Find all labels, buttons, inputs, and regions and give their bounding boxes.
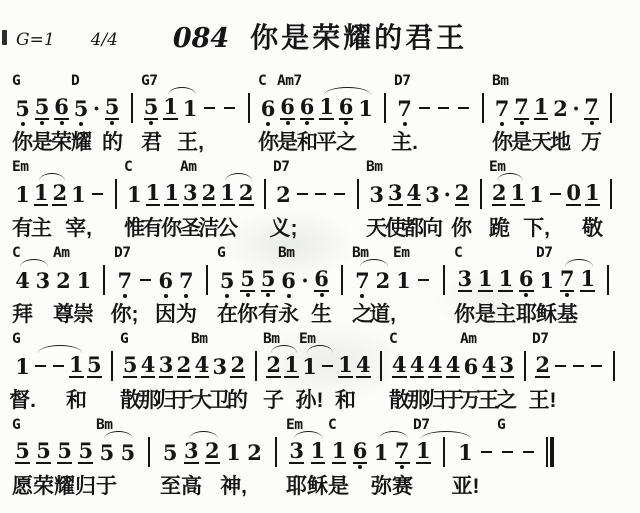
note-token: 6 bbox=[462, 348, 479, 384]
note-token: 1 bbox=[509, 176, 526, 212]
note-digit: 7 bbox=[495, 98, 510, 119]
lyric-syllable: 有 bbox=[142, 212, 163, 242]
barline bbox=[350, 176, 367, 212]
lyric-syllable: 拜 bbox=[12, 298, 33, 328]
chord-label: Bm bbox=[96, 417, 112, 433]
sustain-dash bbox=[89, 176, 106, 212]
lyric-syllable: 君 bbox=[141, 126, 162, 156]
sustain-dash bbox=[588, 348, 605, 384]
chord-label: D7 bbox=[536, 245, 552, 261]
barline-stroke bbox=[380, 351, 382, 381]
note-token: 5 bbox=[122, 348, 139, 384]
barline-stroke bbox=[610, 93, 612, 123]
note-digit: 2 bbox=[553, 98, 568, 119]
note-token: 3 bbox=[424, 176, 441, 212]
note-token: 1 bbox=[309, 434, 326, 470]
note-token: 0 bbox=[565, 176, 582, 212]
lyric-syllable: 和 bbox=[66, 384, 87, 414]
barline bbox=[107, 176, 124, 212]
note-digit: 5 bbox=[15, 440, 30, 464]
note-token: 3 bbox=[456, 262, 473, 298]
note-token: 5 bbox=[34, 90, 51, 126]
note-token: 5 bbox=[143, 90, 160, 126]
barline bbox=[474, 90, 491, 126]
sustain-dash bbox=[221, 90, 238, 126]
note-token: 7 bbox=[394, 434, 411, 470]
note-token: 5 bbox=[239, 262, 256, 298]
barline bbox=[516, 348, 533, 384]
note-digit: 1 bbox=[332, 440, 347, 464]
lyric-syllable: 之 bbox=[336, 126, 357, 156]
dash-mark bbox=[92, 193, 103, 196]
note-token: 5 bbox=[119, 434, 136, 470]
sustain-dash bbox=[520, 434, 537, 470]
barline bbox=[256, 176, 273, 212]
note-digit: 6 bbox=[519, 268, 534, 292]
dash-mark bbox=[418, 279, 429, 282]
chord-label: C bbox=[454, 245, 462, 261]
chord-label: Am bbox=[53, 245, 69, 261]
page-title: 084 你是荣耀的君王 bbox=[0, 16, 640, 56]
barline-stroke bbox=[115, 179, 117, 209]
barline-stroke bbox=[264, 179, 266, 209]
note-digit: 5 bbox=[15, 98, 30, 119]
chord-label: C bbox=[328, 417, 336, 433]
sustain-dash bbox=[415, 262, 432, 298]
note-token: 4 bbox=[391, 348, 408, 384]
lyric-syllable: 下, bbox=[523, 212, 550, 242]
note-token: 2 bbox=[265, 348, 282, 384]
note-digit: 1 bbox=[338, 354, 353, 378]
note-digit: 1 bbox=[510, 182, 525, 206]
note-digit: 2 bbox=[276, 184, 291, 205]
note-digit: 7 bbox=[560, 268, 575, 292]
note-token: 7 bbox=[178, 262, 195, 298]
note-token: 5 bbox=[14, 434, 31, 470]
dash-mark bbox=[35, 365, 46, 368]
note-digit: 3 bbox=[369, 184, 384, 205]
note-token: 1 bbox=[219, 176, 236, 212]
score-line: 1121111321223343·221101EmCAmD7BmEm有主宰,惟有… bbox=[14, 160, 626, 246]
dot-glyph: · bbox=[299, 270, 311, 291]
note-token: 5 bbox=[162, 434, 179, 470]
lyric-syllable: 归 bbox=[75, 470, 96, 500]
barline-stroke bbox=[480, 179, 482, 209]
note-token: 4 bbox=[445, 348, 462, 384]
note-digit: 3 bbox=[36, 270, 51, 291]
barline-stroke bbox=[111, 351, 113, 381]
lyric-syllable: 你; bbox=[111, 298, 139, 328]
note-token: 1 bbox=[584, 176, 601, 212]
note-token: 7 bbox=[116, 262, 133, 298]
lyric-syllable: 天 bbox=[531, 126, 552, 156]
lyric-syllable: 督. bbox=[9, 384, 36, 414]
note-digit: 2 bbox=[52, 182, 67, 206]
note-digit: 6 bbox=[300, 96, 315, 120]
note-digit: 4 bbox=[410, 354, 425, 378]
slur-arc bbox=[360, 259, 388, 267]
note-digit: 6 bbox=[464, 356, 479, 377]
note-digit: 1 bbox=[71, 184, 86, 205]
note-token: 6 bbox=[279, 90, 296, 126]
lyric-syllable: 是 bbox=[328, 470, 349, 500]
lyric-syllable: 王, bbox=[177, 126, 204, 156]
slur-arc bbox=[294, 431, 323, 439]
note-digit: 7 bbox=[584, 96, 599, 120]
lyric-syllable: 高 bbox=[181, 470, 202, 500]
note-digit: 1 bbox=[498, 268, 513, 292]
note-token: 2 bbox=[229, 348, 246, 384]
lyric-syllable: 王! bbox=[529, 384, 557, 414]
note-token: 2 bbox=[55, 262, 72, 298]
note-token: 1 bbox=[301, 348, 318, 384]
score-line: 43217675556·67213116171CAmD7GBmBmEmCD7拜尊… bbox=[14, 246, 626, 332]
lyric-syllable: 都 bbox=[403, 212, 424, 242]
note-token: 1 bbox=[126, 176, 143, 212]
note-digit: 7 bbox=[395, 440, 410, 464]
note-digit: 5 bbox=[36, 440, 51, 464]
chord-label: Em bbox=[299, 331, 315, 347]
note-token: 1 bbox=[144, 176, 161, 212]
lyric-syllable: 荣 bbox=[33, 470, 54, 500]
lyric-syllable: 敬 bbox=[582, 212, 603, 242]
note-token: 4 bbox=[14, 262, 31, 298]
note-token: 2 bbox=[374, 262, 391, 298]
dash-mark bbox=[140, 279, 151, 282]
note-digit: 1 bbox=[183, 98, 198, 119]
note-token: 1 bbox=[395, 262, 412, 298]
lyric-syllable: 洁 bbox=[198, 212, 219, 242]
note-digit: 6 bbox=[314, 268, 329, 292]
sheet-page: { "header": { "key_signature": "G=1", "t… bbox=[0, 0, 640, 513]
note-digit: 1 bbox=[15, 356, 30, 377]
barline-stroke bbox=[103, 265, 105, 295]
chord-label: D7 bbox=[394, 73, 410, 89]
lyric-syllable: 稣 bbox=[307, 470, 328, 500]
lyric-syllable: 基 bbox=[557, 298, 578, 328]
note-digit: 4 bbox=[482, 354, 497, 378]
note-token: 2 bbox=[200, 176, 217, 212]
barline-stroke bbox=[610, 179, 612, 209]
note-digit: 3 bbox=[159, 354, 174, 378]
chord-label: Bm bbox=[263, 331, 279, 347]
note-token: 2 bbox=[51, 176, 68, 212]
dash-mark bbox=[53, 365, 64, 368]
barline-stroke bbox=[384, 93, 386, 123]
lyric-syllable: 公 bbox=[217, 212, 238, 242]
lyric-syllable: 宰, bbox=[65, 212, 92, 242]
dash-mark bbox=[550, 193, 561, 196]
chord-label: G bbox=[120, 331, 128, 347]
note-digit: 7 bbox=[355, 270, 370, 291]
note-digit: 1 bbox=[534, 96, 549, 120]
note-digit: 4 bbox=[141, 354, 156, 378]
chord-label: D7 bbox=[413, 417, 429, 433]
barline bbox=[247, 348, 264, 384]
lyric-syllable: 于 bbox=[96, 470, 117, 500]
note-digit: 6 bbox=[158, 270, 173, 291]
dash-mark bbox=[224, 107, 235, 110]
slur-arc bbox=[168, 87, 196, 95]
note-digit: 1 bbox=[319, 96, 334, 120]
dotted-note-dot: · bbox=[92, 90, 101, 126]
note-digit: 2 bbox=[205, 440, 220, 464]
note-token: 5 bbox=[14, 90, 31, 126]
barline bbox=[603, 90, 620, 126]
lyric-syllable: 和 bbox=[335, 384, 356, 414]
note-digit: 7 bbox=[118, 270, 133, 291]
sustain-dash bbox=[50, 348, 67, 384]
note-digit: 3 bbox=[458, 268, 473, 292]
note-digit: 3 bbox=[183, 182, 198, 206]
barline-stroke bbox=[131, 93, 133, 123]
lyric-syllable: 你 bbox=[12, 126, 33, 156]
note-token: 7 bbox=[494, 90, 511, 126]
note-token: 1 bbox=[477, 262, 494, 298]
barline bbox=[373, 348, 390, 384]
dash-mark bbox=[481, 451, 492, 454]
chord-label: Em bbox=[12, 159, 28, 175]
sustain-dash bbox=[552, 348, 569, 384]
note-digit: 6 bbox=[54, 96, 69, 120]
note-token: 1 bbox=[70, 176, 87, 212]
dash-mark bbox=[297, 193, 308, 196]
note-digit: 1 bbox=[539, 270, 554, 291]
barline bbox=[334, 262, 351, 298]
note-token: 2 bbox=[204, 434, 221, 470]
lyric-syllable: 之 bbox=[496, 384, 517, 414]
chord-label: Bm bbox=[278, 245, 294, 261]
barline bbox=[141, 434, 158, 470]
lyric-syllable: 你 bbox=[451, 212, 472, 242]
dash-mark bbox=[573, 365, 584, 368]
notes-row: 5555555321231161711 bbox=[14, 434, 559, 470]
note-token: 1 bbox=[14, 348, 31, 384]
note-digit: 5 bbox=[74, 98, 89, 119]
dotted-note-dot: · bbox=[572, 90, 581, 126]
note-digit: 7 bbox=[514, 96, 529, 120]
slur-arc bbox=[38, 345, 82, 353]
note-digit: 1 bbox=[77, 270, 92, 291]
slur-arc bbox=[271, 345, 297, 353]
lyric-syllable: 天 bbox=[366, 212, 387, 242]
sustain-dash bbox=[416, 90, 433, 126]
note-digit: 3 bbox=[500, 354, 515, 378]
notes-row: 5565·551166616177712·7 bbox=[14, 90, 620, 126]
barline bbox=[96, 262, 113, 298]
note-token: 2 bbox=[552, 90, 569, 126]
chord-label: D bbox=[71, 73, 79, 89]
song-title: 你是荣耀的君王 bbox=[250, 22, 467, 53]
sustain-dash bbox=[478, 434, 495, 470]
note-token: 2 bbox=[175, 348, 192, 384]
barline-stroke bbox=[443, 265, 445, 295]
slur-arc bbox=[324, 87, 371, 95]
song-number: 084 bbox=[173, 23, 229, 54]
note-digit: 4 bbox=[356, 354, 371, 378]
dash-mark bbox=[523, 451, 534, 454]
barline-stroke bbox=[341, 265, 343, 295]
barline-stroke bbox=[275, 437, 277, 467]
note-token: 1 bbox=[163, 176, 180, 212]
note-token: 2 bbox=[275, 176, 292, 212]
note-digit: 1 bbox=[529, 184, 544, 205]
barline-stroke bbox=[148, 437, 150, 467]
barline-stroke bbox=[443, 437, 445, 467]
dash-mark bbox=[438, 107, 449, 110]
chord-label: G bbox=[497, 417, 505, 433]
note-digit: 2 bbox=[535, 354, 550, 378]
lyric-syllable: 稣 bbox=[536, 298, 557, 328]
notes-row: 43217675556·67213116171 bbox=[14, 262, 617, 298]
note-digit: 1 bbox=[163, 96, 178, 120]
note-digit: 4 bbox=[407, 182, 422, 206]
note-token: 5 bbox=[56, 434, 73, 470]
lyric-syllable: 和 bbox=[297, 126, 318, 156]
note-token: 2 bbox=[453, 176, 470, 212]
note-digit: 2 bbox=[266, 354, 281, 378]
note-digit: 4 bbox=[392, 354, 407, 378]
slur-arc bbox=[307, 345, 333, 353]
note-digit: 4 bbox=[446, 354, 461, 378]
note-digit: 4 bbox=[428, 354, 443, 378]
lyric-syllable: 为 bbox=[176, 298, 197, 328]
note-digit: 5 bbox=[220, 270, 235, 291]
note-token: 4 bbox=[409, 348, 426, 384]
chord-label: G bbox=[12, 331, 20, 347]
note-digit: 2 bbox=[239, 182, 254, 206]
slur-arc bbox=[39, 173, 65, 181]
lyric-syllable: 永 bbox=[278, 298, 299, 328]
sustain-dash bbox=[319, 348, 336, 384]
lyric-syllable: 跪 bbox=[489, 212, 510, 242]
dash-mark bbox=[458, 107, 469, 110]
chord-label: Am7 bbox=[277, 73, 302, 89]
note-token: 4 bbox=[427, 348, 444, 384]
note-token: 1 bbox=[68, 348, 85, 384]
lyric-syllable: 亚! bbox=[452, 470, 480, 500]
lyric-syllable: 是 bbox=[511, 126, 532, 156]
sustain-dash bbox=[435, 90, 452, 126]
lyric-syllable: 的 bbox=[102, 126, 123, 156]
note-digit: 1 bbox=[302, 356, 317, 377]
note-digit: 2 bbox=[376, 270, 391, 291]
note-digit: 5 bbox=[78, 440, 93, 464]
note-token: 6 bbox=[518, 262, 535, 298]
sustain-dash bbox=[331, 176, 348, 212]
dash-mark bbox=[419, 107, 430, 110]
note-digit: 1 bbox=[396, 270, 411, 291]
lyric-syllable: 崇 bbox=[73, 298, 94, 328]
note-digit: 1 bbox=[284, 354, 299, 378]
chord-label: Em bbox=[393, 245, 409, 261]
note-token: 1 bbox=[528, 176, 545, 212]
dot-glyph: · bbox=[91, 98, 103, 119]
note-token: 7 bbox=[354, 262, 371, 298]
chord-label: Bm bbox=[492, 73, 508, 89]
lyric-syllable: 愿 bbox=[12, 470, 33, 500]
slur-arc bbox=[104, 431, 133, 439]
slur-arc bbox=[189, 431, 218, 439]
note-token: 1 bbox=[182, 90, 199, 126]
note-token: 1 bbox=[357, 90, 374, 126]
chord-label: D7 bbox=[532, 331, 548, 347]
note-token: 6 bbox=[260, 90, 277, 126]
notes-row: 11554324322111444446432 bbox=[14, 348, 623, 384]
note-digit: 7 bbox=[179, 270, 194, 291]
slur-arc bbox=[225, 173, 252, 181]
note-digit: 2 bbox=[247, 442, 262, 463]
note-token: 4 bbox=[355, 348, 372, 384]
dotted-note-dot: · bbox=[301, 262, 310, 298]
barline bbox=[198, 262, 215, 298]
note-digit: 5 bbox=[123, 354, 138, 378]
note-digit: 1 bbox=[311, 440, 326, 464]
barline bbox=[436, 262, 453, 298]
note-digit: 1 bbox=[127, 184, 142, 205]
lyric-syllable: 有 bbox=[258, 298, 279, 328]
lyric-syllable: 是 bbox=[475, 298, 496, 328]
lyric-syllable: 至 bbox=[160, 470, 181, 500]
note-token: 4 bbox=[140, 348, 157, 384]
lyric-syllable: 主 bbox=[495, 298, 516, 328]
note-digit: 5 bbox=[87, 354, 102, 378]
chord-label: G bbox=[12, 417, 20, 433]
lyric-syllable: 因 bbox=[155, 298, 176, 328]
note-digit: 6 bbox=[261, 98, 276, 119]
note-token: 1 bbox=[373, 434, 390, 470]
note-token: 2 bbox=[491, 176, 508, 212]
note-digit: 1 bbox=[585, 182, 600, 206]
barline bbox=[104, 348, 121, 384]
note-token: 2 bbox=[246, 434, 263, 470]
lyric-syllable: 地 bbox=[550, 126, 571, 156]
note-token: 1 bbox=[497, 262, 514, 298]
barline bbox=[600, 262, 617, 298]
barline-stroke bbox=[248, 93, 250, 123]
lyric-syllable: 主 bbox=[31, 212, 52, 242]
lyric-syllable: 有 bbox=[12, 212, 33, 242]
dotted-note-dot: · bbox=[443, 176, 452, 212]
note-digit: 5 bbox=[105, 96, 120, 120]
note-digit: 4 bbox=[15, 270, 30, 291]
header: G=1 4/4 084 你是荣耀的君王 bbox=[0, 0, 640, 74]
note-token: 5 bbox=[73, 90, 90, 126]
barline bbox=[267, 434, 284, 470]
note-token: 5 bbox=[104, 90, 121, 126]
barline-stroke bbox=[357, 179, 359, 209]
barline bbox=[472, 176, 489, 212]
note-token: 3 bbox=[368, 176, 385, 212]
barline-stroke-thick bbox=[550, 437, 554, 467]
notes-row: 1121111321223343·221101 bbox=[14, 176, 620, 212]
lyric-syllable: 孙! bbox=[296, 384, 324, 414]
note-token: 2 bbox=[238, 176, 255, 212]
chord-label: D7 bbox=[114, 245, 130, 261]
chord-label: Em bbox=[286, 417, 302, 433]
note-digit: 3 bbox=[388, 182, 403, 206]
dash-mark bbox=[502, 451, 513, 454]
barline bbox=[123, 90, 140, 126]
note-token: 5 bbox=[86, 348, 103, 384]
dot-glyph: · bbox=[570, 98, 582, 119]
lyric-syllable: 荣 bbox=[51, 126, 72, 156]
note-token: 6 bbox=[53, 90, 70, 126]
note-digit: 5 bbox=[261, 268, 276, 292]
note-digit: 1 bbox=[580, 268, 595, 292]
barline-stroke bbox=[482, 93, 484, 123]
note-token: 1 bbox=[415, 434, 432, 470]
